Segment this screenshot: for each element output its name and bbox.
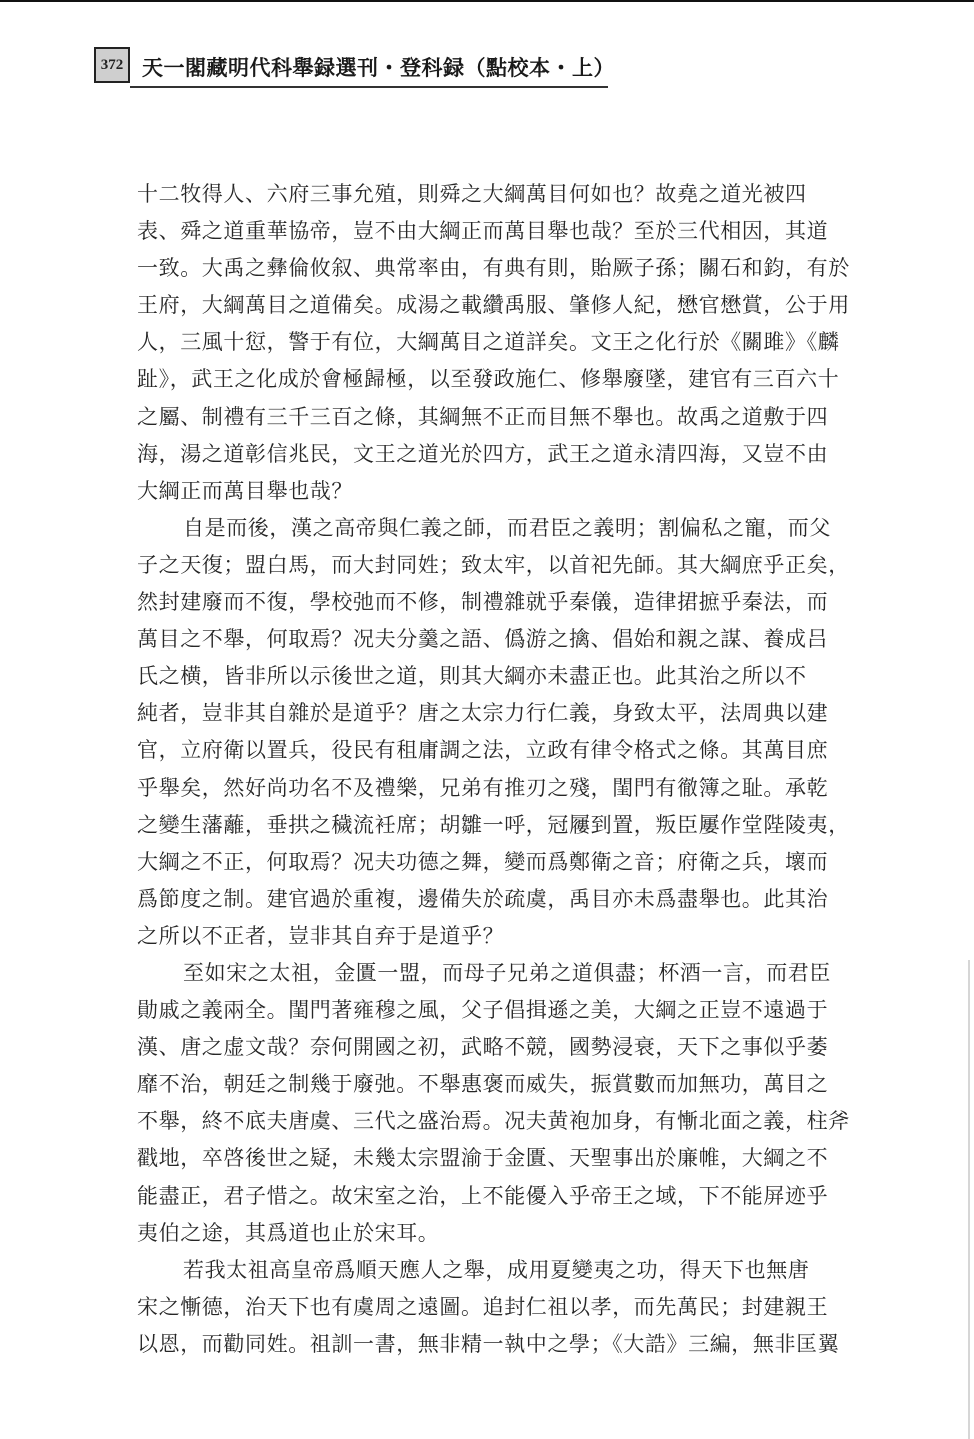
header-rule [130, 86, 608, 88]
paragraph-start-line: 至如宋之太祖，金匱一盟，而母子兄弟之道俱盡；杯酒一言，而君臣 [137, 955, 857, 992]
page-header: 372 天一閣藏明代科舉録選刊・登科録（點校本・上） [94, 43, 609, 89]
text-line: 然封建廢而不復，學校弛而不修，制禮雜就乎秦儀，造律捃摭乎秦法，而 [137, 584, 857, 621]
text-line: 能盡正，君子惜之。故宋室之治，上不能優入乎帝王之域，下不能屏迹乎 [137, 1178, 857, 1215]
text-line: 萬目之不舉，何取焉？况夫分羹之語、僞游之擒、倡始和親之謀、養成吕 [137, 621, 857, 658]
text-line: 一致。大禹之彝倫攸叙、典常率由，有典有則，貽厥子孫；關石和鈞，有於 [137, 250, 857, 287]
text-line: 之變生藩蘺，垂拱之穢流衽席；胡雛一呼，冠屨到置，叛臣屢作堂陛陵夷， [137, 807, 857, 844]
text-line: 王府，大綱萬目之道備矣。成湯之載纘禹服、肇修人紀，懋官懋賞，公于用 [137, 287, 857, 324]
text-line: 純者，豈非其自雜於是道乎？唐之太宗力行仁義，身致太平，法周典以建 [137, 695, 857, 732]
text-line: 不舉，終不底夫唐虞、三代之盛治焉。况夫黄袍加身，有慚北面之義，柱斧 [137, 1103, 857, 1140]
text-line: 宋之慚德，治天下也有虞周之遠圖。追封仁祖以孝，而先萬民；封建親王 [137, 1289, 857, 1326]
page-number: 372 [94, 47, 130, 83]
text-line: 之所以不正者，豈非其自弃于是道乎？ [137, 918, 857, 955]
text-line: 十二牧得人、六府三事允殖，則舜之大綱萬目何如也？故堯之道光被四 [137, 176, 857, 213]
running-title: 天一閣藏明代科舉録選刊・登科録（點校本・上） [142, 52, 615, 82]
scan-page-edge [968, 960, 970, 1439]
text-line: 表、舜之道重華協帝，豈不由大綱正而萬目舉也哉？至於三代相因，其道 [137, 213, 857, 250]
text-line: 乎舉矣，然好尚功名不及禮樂，兄弟有推刃之殘，閨門有徹簿之耻。承乾 [137, 770, 857, 807]
text-line: 大綱正而萬目舉也哉？ [137, 473, 857, 510]
text-line: 人，三風十愆，警于有位，大綱萬目之道詳矣。文王之化行於《關雎》《麟 [137, 324, 857, 361]
text-line: 戳地，卒啓後世之疑，未幾太宗盟渝于金匱、天聖事出於廉帷，大綱之不 [137, 1140, 857, 1177]
text-line: 之屬、制禮有三千三百之條，其綱無不正而目無不舉也。故禹之道敷于四 [137, 399, 857, 436]
text-line: 勛戚之義兩全。閨門著雍穆之風，父子倡揖遜之美，大綱之正豈不遠過于 [137, 992, 857, 1029]
text-line: 趾》，武王之化成於會極歸極，以至發政施仁、修舉廢墜，建官有三百六十 [137, 361, 857, 398]
paragraph-start-line: 自是而後，漢之高帝與仁義之師，而君臣之義明；割偏私之寵，而父 [137, 510, 857, 547]
text-line: 以恩，而勸同姓。祖訓一書，無非精一執中之學；《大誥》三編，無非匡翼 [137, 1326, 857, 1363]
paragraph-start-line: 若我太祖高皇帝爲順天應人之舉，成用夏變夷之功，得天下也無唐 [137, 1252, 857, 1289]
text-line: 夷伯之途，其爲道也止於宋耳。 [137, 1215, 857, 1252]
text-line: 氏之横，皆非所以示後世之道，則其大綱亦未盡正也。此其治之所以不 [137, 658, 857, 695]
text-line: 爲節度之制。建官過於重複，邊備失於疏虞，禹目亦未爲盡舉也。此其治 [137, 881, 857, 918]
text-line: 官，立府衛以置兵，役民有租庸調之法，立政有律令格式之條。其萬目庶 [137, 732, 857, 769]
text-line: 靡不治，朝廷之制幾于廢弛。不舉惠褒而威失，振賞數而加無功，萬目之 [137, 1066, 857, 1103]
text-line: 子之天復；盟白馬，而大封同姓；致太牢，以首祀先師。其大綱庶乎正矣， [137, 547, 857, 584]
body-text: 十二牧得人、六府三事允殖，則舜之大綱萬目何如也？故堯之道光被四 表、舜之道重華協… [137, 176, 857, 1363]
scan-top-border [0, 0, 974, 2]
text-line: 大綱之不正，何取焉？况夫功德之舞，變而爲鄭衛之音；府衛之兵，壞而 [137, 844, 857, 881]
text-line: 漢、唐之虚文哉？奈何開國之初，武略不競，國勢浸衰，天下之事似乎萎 [137, 1029, 857, 1066]
text-line: 海，湯之道彰信兆民，文王之道光於四方，武王之道永清四海，又豈不由 [137, 436, 857, 473]
